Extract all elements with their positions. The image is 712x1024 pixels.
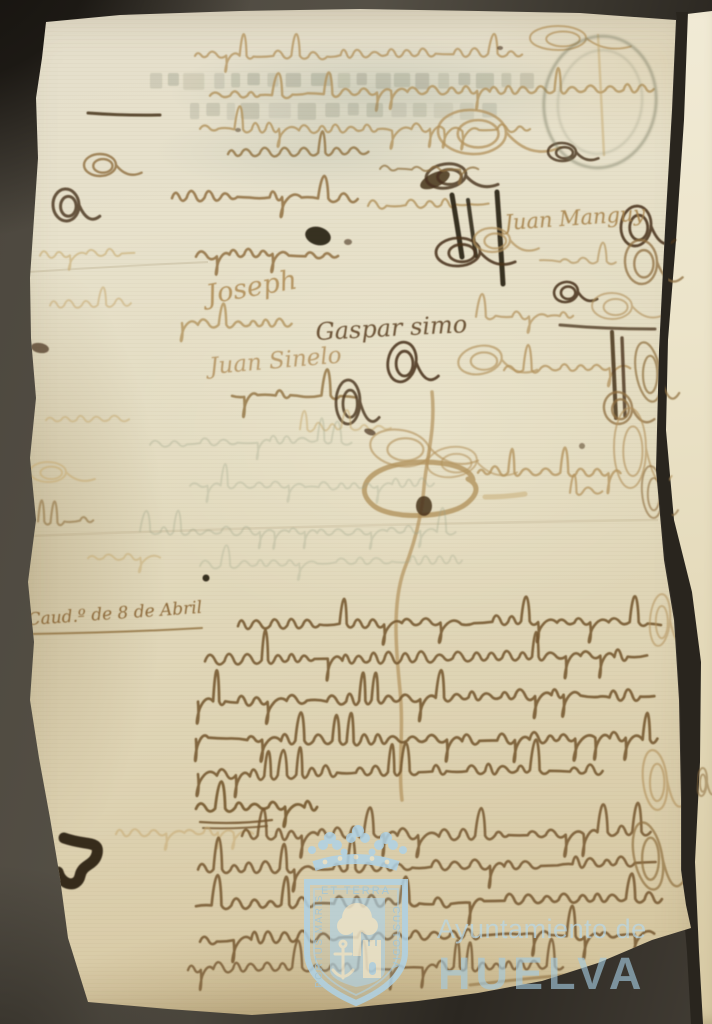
margin-note-cabildo: Caud.º de 8 de Abril [27,598,203,630]
photo-backdrop: Caud.º de 8 de Abril Joseph Gaspar simo … [0,0,712,1024]
watermark-city: HUELVA [438,948,646,999]
huelva-watermark: ET TERRA PORTUS MARIS CUSTODIA Ayuntamie… [307,825,647,1003]
signature-gaspar-simo: Gaspar simo [315,310,468,346]
signature-juan-sinelo: Juan Sinelo [204,343,342,381]
ink-overlay: Caud.º de 8 de Abril Joseph Gaspar simo … [0,0,712,1024]
signature-juan-manguy: Juan Manguy [500,201,647,235]
tower-icon [363,940,381,978]
motto-top: ET TERRA [321,885,391,897]
watermark-institution: Ayuntamiento de [437,914,647,944]
motto-right: CUSTODIA [390,906,401,970]
motto-left: PORTUS MARIS [314,894,325,988]
coat-of-arms-icon: ET TERRA PORTUS MARIS CUSTODIA [307,825,407,1003]
handwriting-ink-layer [30,26,712,990]
signature-joseph: Joseph [199,264,300,311]
